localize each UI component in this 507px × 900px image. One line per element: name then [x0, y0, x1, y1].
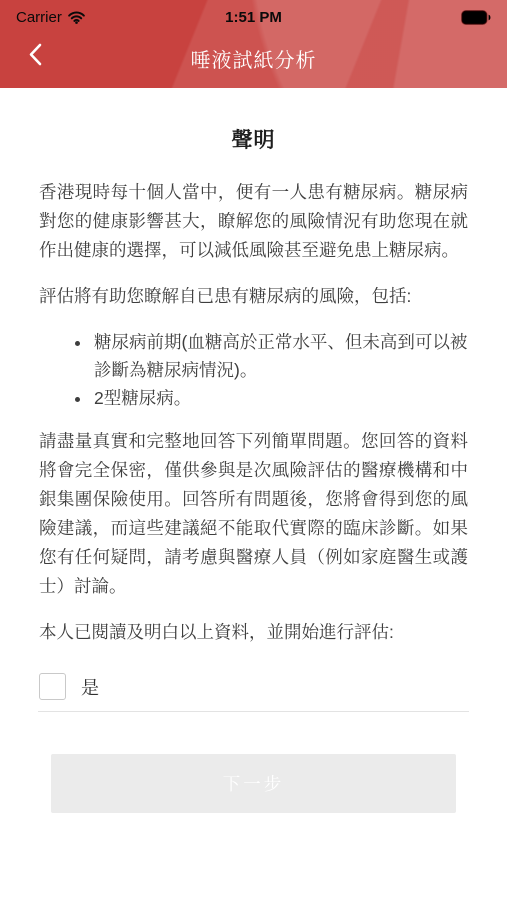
disclaimer-content: 聲明 香港現時每十個人當中，便有一人患有糖尿病。糖尿病對您的健康影響甚大，瞭解您… — [0, 88, 507, 813]
disclaimer-paragraph-4: 本人已閱讀及明白以上資料，並開始進行評估: — [39, 618, 468, 647]
disclaimer-paragraph-1: 香港現時每十個人當中，便有一人患有糖尿病。糖尿病對您的健康影響甚大，瞭解您的風險… — [39, 178, 468, 265]
chevron-left-icon — [29, 43, 42, 69]
disclaimer-paragraph-2: 評估將有助您瞭解自已患有糖尿病的風險，包括: — [39, 282, 468, 311]
next-step-button[interactable]: 下一步 — [51, 754, 456, 813]
wifi-icon — [68, 11, 85, 24]
consent-checkbox-row[interactable]: 是 — [39, 673, 468, 700]
app-screen: 1:51 PM Carrier — [0, 0, 507, 900]
consent-checkbox-label[interactable]: 是 — [81, 674, 99, 700]
battery-icon — [461, 10, 491, 25]
status-bar: 1:51 PM Carrier — [0, 0, 507, 30]
list-item: 糖尿病前期(血糖高於正常水平、但未高到可以被診斷為糖尿病情況)。 — [92, 328, 468, 384]
divider — [38, 711, 469, 712]
section-heading: 聲明 — [0, 124, 507, 154]
consent-checkbox[interactable] — [39, 673, 66, 700]
risk-bullet-list: 糖尿病前期(血糖高於正常水平、但未高到可以被診斷為糖尿病情況)。 2型糖尿病。 — [39, 328, 468, 412]
back-button[interactable] — [18, 36, 52, 76]
list-item: 2型糖尿病。 — [92, 384, 468, 412]
app-header: 1:51 PM Carrier — [0, 0, 507, 88]
page-title: 唾液試紙分析 — [191, 44, 317, 73]
carrier-label: Carrier — [16, 9, 62, 26]
disclaimer-paragraph-3: 請盡量真實和完整地回答下列簡單問題。您回答的資料將會完全保密，僅供參與是次風險評… — [39, 427, 468, 601]
nav-bar: 唾液試紙分析 — [0, 30, 507, 86]
